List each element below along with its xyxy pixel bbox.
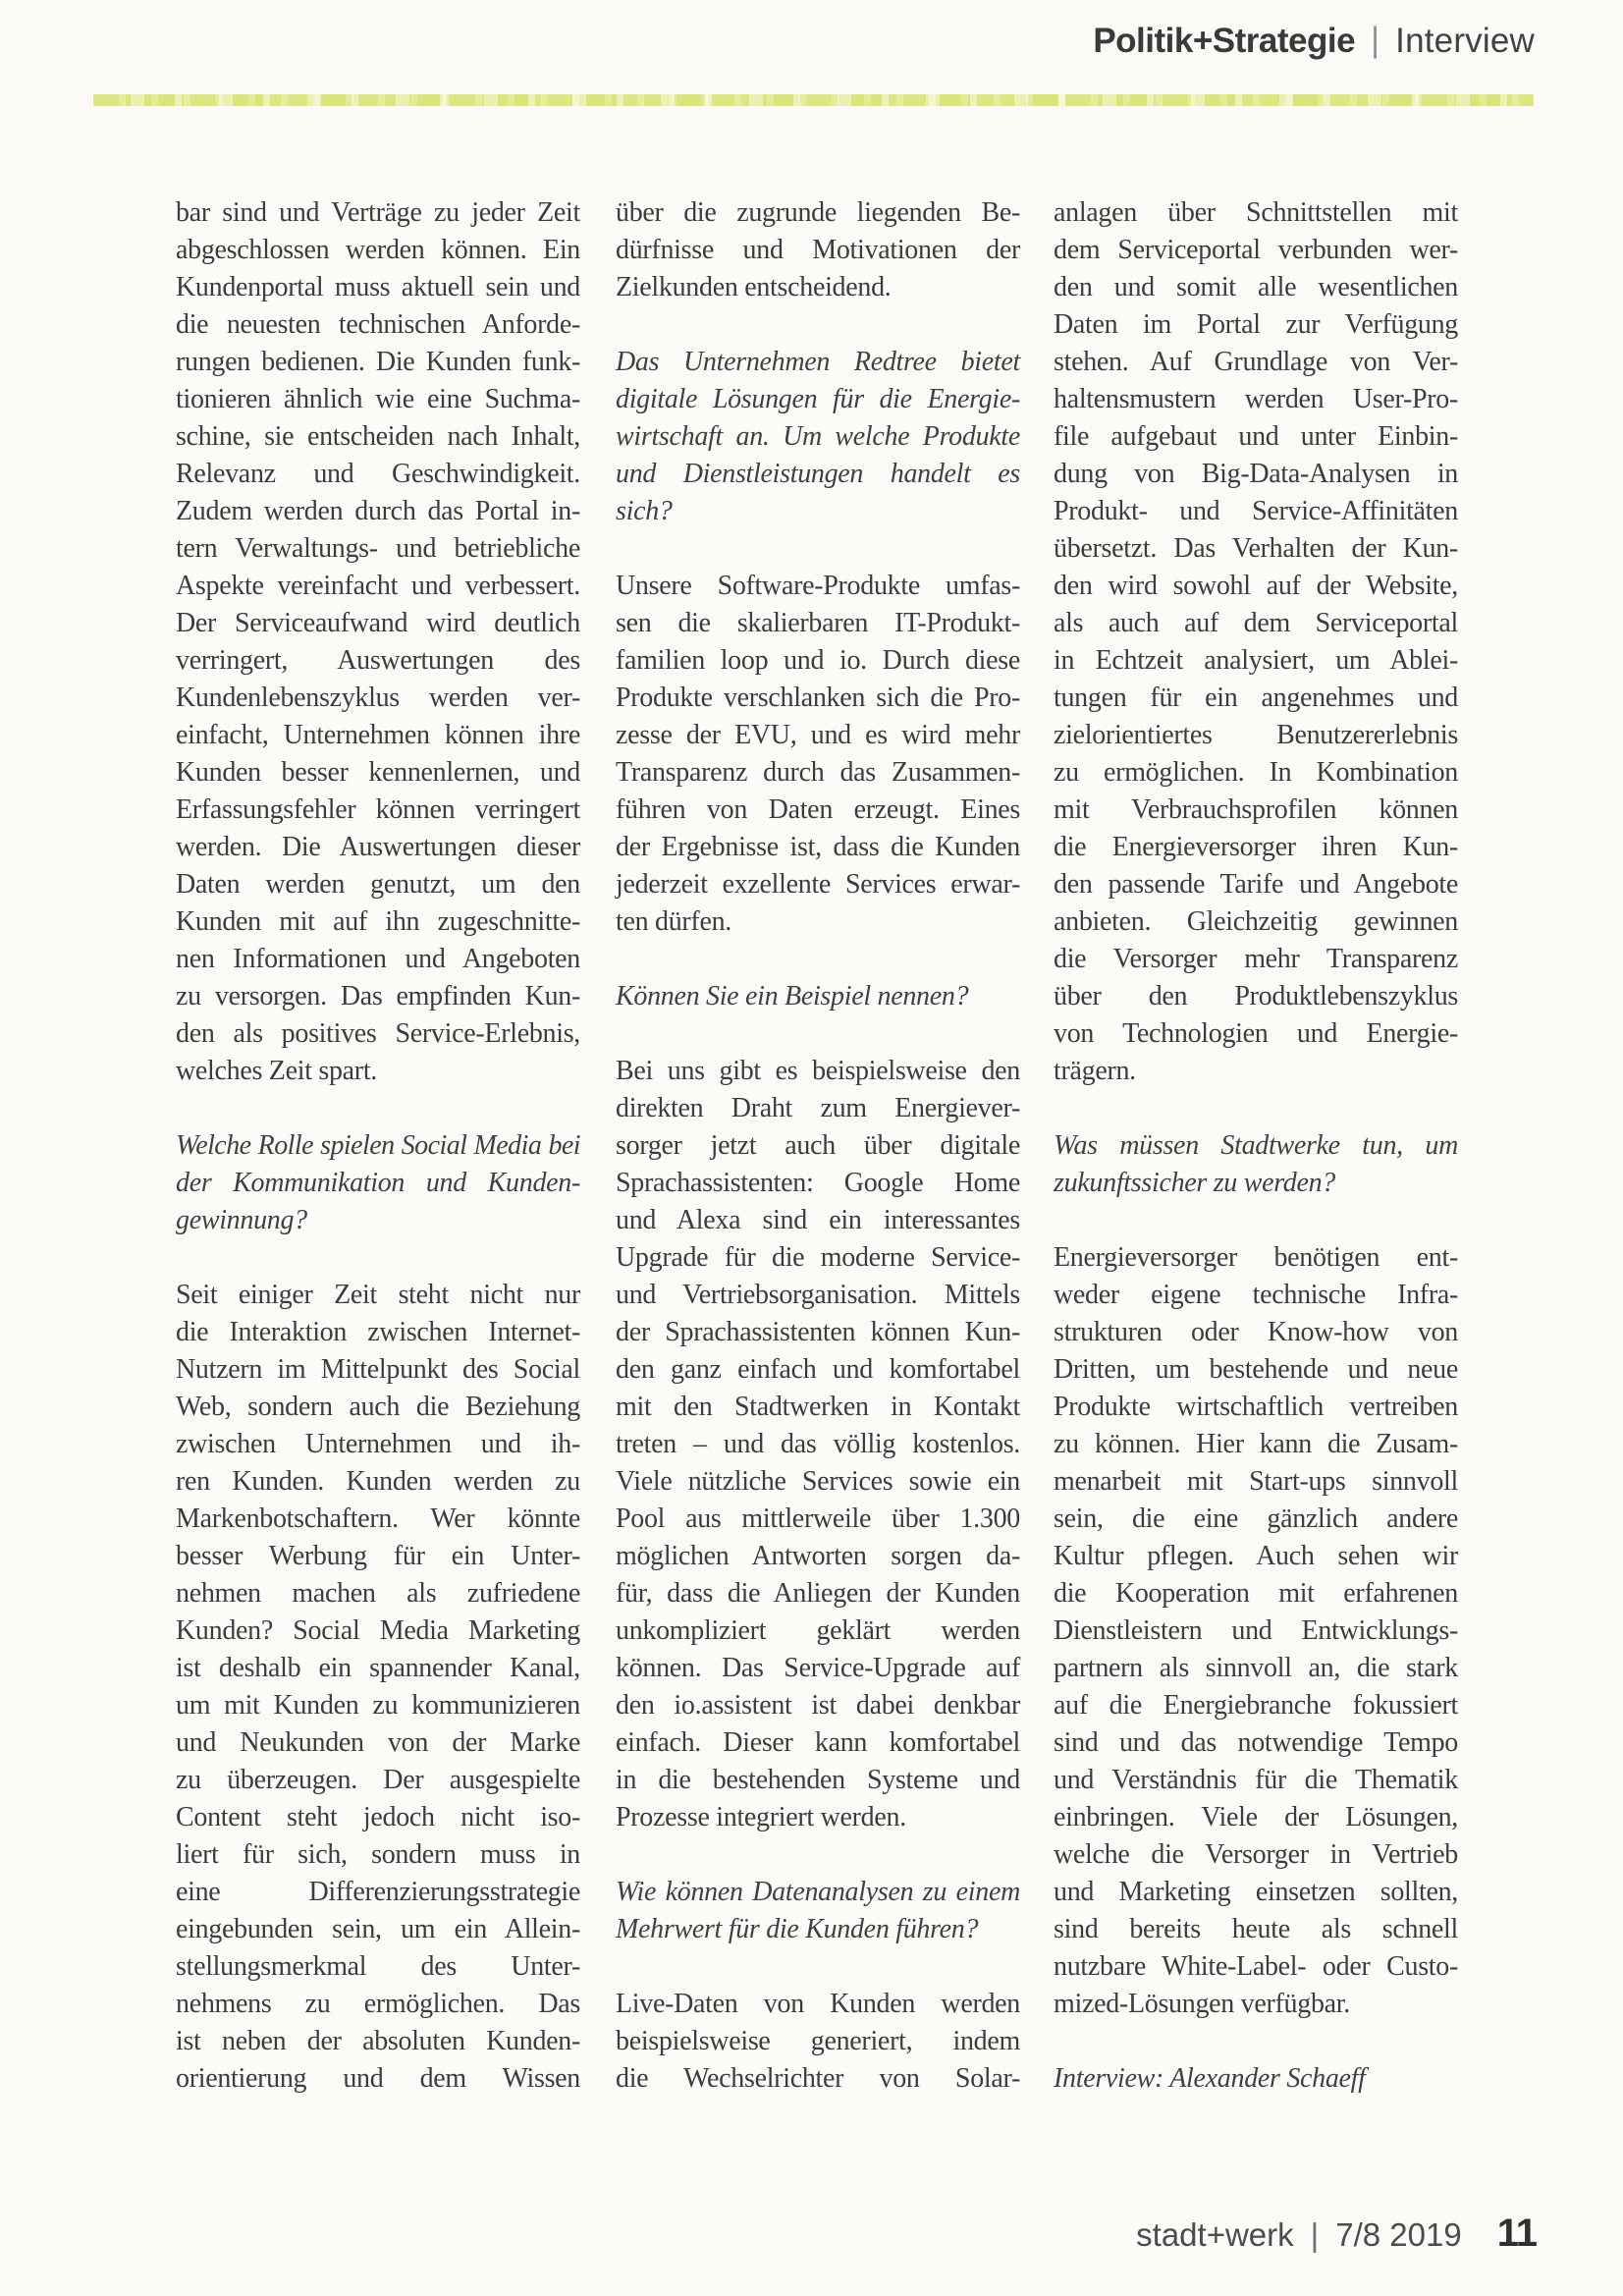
text-column-left: bar sind und Verträge zu jeder Zeitabges… <box>176 194 580 2135</box>
text-line: wirtschaft an. Um welche Produkte <box>616 418 1020 456</box>
text-line: Bei uns gibt es beispielsweise den <box>616 1053 1020 1090</box>
text-line: sorger jetzt auch über digitale <box>616 1127 1020 1165</box>
paragraph: Energieversorger benötigen ent-weder eig… <box>1054 1239 1458 2023</box>
text-line: den ganz einfach und komfortabel <box>616 1351 1020 1389</box>
text-line: stellungsmerkmal des Unter- <box>176 1948 580 1986</box>
text-line: werden. Die Auswertungen dieser <box>176 829 580 866</box>
text-line: sind und das notwendige Tempo <box>1054 1724 1458 1762</box>
text-line: tungen für ein angenehmes und <box>1054 680 1458 717</box>
text-line: mized-Lösungen verfügbar. <box>1054 1986 1458 2023</box>
text-line: den wird sowohl auf der Website, <box>1054 568 1458 605</box>
text-line: schine, sie entscheiden nach Inhalt, <box>176 418 580 456</box>
text-line: jederzeit exzellente Services erwar- <box>616 866 1020 903</box>
text-line: Erfassungsfehler können verringert <box>176 792 580 829</box>
text-line: und Dienstleistungen handelt es <box>616 456 1020 493</box>
interview-question: Was müssen Stadtwerke tun, umzukunftssic… <box>1054 1127 1458 1202</box>
page-header: Politik+Strategie|Interview <box>1093 22 1535 61</box>
text-line: Pool aus mittlerweile über 1.300 <box>616 1501 1020 1538</box>
text-line: treten – und das völlig kostenlos. <box>616 1426 1020 1463</box>
text-line: und Neukunden von der Marke <box>176 1724 580 1762</box>
text-line: eine Differenzierungsstrategie <box>176 1874 580 1911</box>
text-line: führen von Daten erzeugt. Eines <box>616 792 1020 829</box>
interview-question: Welche Rolle spielen Social Media beider… <box>176 1127 580 1239</box>
text-line: strukturen oder Know-how von <box>1054 1314 1458 1351</box>
text-line: trägern. <box>1054 1053 1458 1090</box>
paragraph: Seit einiger Zeit steht nicht nurdie Int… <box>176 1277 580 2098</box>
text-line: gewinnung? <box>176 1202 580 1239</box>
text-line: Viele nützliche Services sowie ein <box>616 1463 1020 1501</box>
text-line: Kunden mit auf ihn zugeschnitte- <box>176 903 580 941</box>
text-line: liert für sich, sondern muss in <box>176 1836 580 1874</box>
text-line: der Kommunikation und Kunden- <box>176 1165 580 1202</box>
text-line: dung von Big-Data-Analysen in <box>1054 456 1458 493</box>
text-line: Können Sie ein Beispiel nennen? <box>616 978 1020 1015</box>
text-line: ist neben der absoluten Kunden- <box>176 2023 580 2060</box>
page-footer: stadt+werk | 7/8 2019 11 <box>1136 2212 1537 2256</box>
text-line: die Wechselrichter von Solar- <box>616 2060 1020 2098</box>
text-line: nehmen machen als zufriedene <box>176 1575 580 1613</box>
text-line: den als positives Service-Erlebnis, <box>176 1015 580 1053</box>
text-line: weder eigene technische Infra- <box>1054 1277 1458 1314</box>
text-line: die Kooperation mit erfahrenen <box>1054 1575 1458 1613</box>
text-line: Kunden? Social Media Marketing <box>176 1613 580 1650</box>
text-line: Daten werden genutzt, um den <box>176 866 580 903</box>
text-line: zesse der EVU, und es wird mehr <box>616 717 1020 754</box>
text-line: zielorientiertes Benutzererlebnis <box>1054 717 1458 754</box>
text-line: zu überzeugen. Der ausgespielte <box>176 1762 580 1799</box>
text-line: Upgrade für die moderne Service- <box>616 1239 1020 1277</box>
text-line: haltensmustern werden User-Pro- <box>1054 381 1458 418</box>
text-line: zu ermöglichen. In Kombination <box>1054 754 1458 792</box>
text-line: Kunden besser kennenlernen, und <box>176 754 580 792</box>
text-line: die neuesten technischen Anforde- <box>176 306 580 344</box>
text-line: stehen. Auf Grundlage von Ver- <box>1054 344 1458 381</box>
text-line: die Energieversorger ihren Kun- <box>1054 829 1458 866</box>
text-line: partnern als sinnvoll an, die stark <box>1054 1650 1458 1687</box>
text-line: über die zugrunde liegenden Be- <box>616 194 1020 232</box>
text-line: unkompliziert geklärt werden <box>616 1613 1020 1650</box>
text-line: den und somit alle wesentlichen <box>1054 269 1458 306</box>
paragraph: Bei uns gibt es beispielsweise dendirekt… <box>616 1053 1020 1836</box>
text-line: und Alexa sind ein interessantes <box>616 1202 1020 1239</box>
text-line: Dienstleistern und Entwicklungs- <box>1054 1613 1458 1650</box>
text-line: nen Informationen und Angeboten <box>176 941 580 978</box>
text-line: familien loop und io. Durch diese <box>616 642 1020 680</box>
text-line: Zielkunden entscheidend. <box>616 269 1020 306</box>
text-line: Aspekte vereinfacht und verbessert. <box>176 568 580 605</box>
text-line: digitale Lösungen für die Energie- <box>616 381 1020 418</box>
text-column-middle: über die zugrunde liegenden Be-dürfnisse… <box>616 194 1020 2135</box>
dotted-divider-rule <box>93 94 1534 106</box>
text-line: einbringen. Viele der Lösungen, <box>1054 1799 1458 1836</box>
text-line: Unsere Software-Produkte umfas- <box>616 568 1020 605</box>
text-line: Relevanz und Geschwindigkeit. <box>176 456 580 493</box>
text-line: verringert, Auswertungen des <box>176 642 580 680</box>
text-line: der Sprachassistenten können Kun- <box>616 1314 1020 1351</box>
text-line: und Marketing einsetzen sollten, <box>1054 1874 1458 1911</box>
text-line: dem Serviceportal verbunden wer- <box>1054 232 1458 269</box>
text-line: Das Unternehmen Redtree bietet <box>616 344 1020 381</box>
text-line: sind bereits heute als schnell <box>1054 1911 1458 1948</box>
text-line: beispielsweise generiert, indem <box>616 2023 1020 2060</box>
text-line: ten dürfen. <box>616 903 1020 941</box>
text-line: Wie können Datenanalysen zu einem <box>616 1874 1020 1911</box>
text-line: eingebunden sein, um ein Allein- <box>176 1911 580 1948</box>
text-line: Der Serviceaufwand wird deutlich <box>176 605 580 642</box>
text-line: mit Verbrauchsprofilen können <box>1054 792 1458 829</box>
text-line: anbieten. Gleichzeitig gewinnen <box>1054 903 1458 941</box>
paragraph: Live-Daten von Kunden werdenbeispielswei… <box>616 1986 1020 2098</box>
text-line: besser Werbung für ein Unter- <box>176 1538 580 1575</box>
text-line: welches Zeit spart. <box>176 1053 580 1090</box>
text-line: auf die Energiebranche fokussiert <box>1054 1687 1458 1724</box>
interview-question: Wie können Datenanalysen zu einemMehrwer… <box>616 1874 1020 1948</box>
text-line: tionieren ähnlich wie eine Suchma- <box>176 381 580 418</box>
text-line: Daten im Portal zur Verfügung <box>1054 306 1458 344</box>
text-line: abgeschlossen werden können. Ein <box>176 232 580 269</box>
text-line: um mit Kunden zu kommunizieren <box>176 1687 580 1724</box>
text-line: und Verständnis für die Thematik <box>1054 1762 1458 1799</box>
text-line: als auch auf dem Serviceportal <box>1054 605 1458 642</box>
text-line: rungen bedienen. Die Kunden funk- <box>176 344 580 381</box>
interview-question: Das Unternehmen Redtree bietetdigitale L… <box>616 344 1020 530</box>
text-line: Zudem werden durch das Portal in- <box>176 493 580 530</box>
text-line: der Ergebnisse ist, dass die Kunden <box>616 829 1020 866</box>
text-line: Dritten, um bestehende und neue <box>1054 1351 1458 1389</box>
text-line: nehmens zu ermöglichen. Das <box>176 1986 580 2023</box>
text-line: direkten Draht zum Energiever- <box>616 1090 1020 1127</box>
text-line: Transparenz durch das Zusammen- <box>616 754 1020 792</box>
text-line: bar sind und Verträge zu jeder Zeit <box>176 194 580 232</box>
text-line: zu können. Hier kann die Zusam- <box>1054 1426 1458 1463</box>
text-line: Web, sondern auch die Beziehung <box>176 1389 580 1426</box>
footer-magazine-name: stadt+werk <box>1136 2216 1294 2254</box>
paragraph: bar sind und Verträge zu jeder Zeitabges… <box>176 194 580 1090</box>
text-line: mit den Stadtwerken in Kontakt <box>616 1389 1020 1426</box>
text-line: Welche Rolle spielen Social Media bei <box>176 1127 580 1165</box>
interview-question: Können Sie ein Beispiel nennen? <box>616 978 1020 1015</box>
text-line: menarbeit mit Start-ups sinnvoll <box>1054 1463 1458 1501</box>
text-line: können. Das Service-Upgrade auf <box>616 1650 1020 1687</box>
text-line: Kundenlebenszyklus werden ver- <box>176 680 580 717</box>
text-line: Markenbotschaftern. Wer könnte <box>176 1501 580 1538</box>
text-line: Seit einiger Zeit steht nicht nur <box>176 1277 580 1314</box>
text-line: Produkte wirtschaftlich vertreiben <box>1054 1389 1458 1426</box>
text-line: dürfnisse und Motivationen der <box>616 232 1020 269</box>
interviewer-byline: Interview: Alexander Schaeff <box>1054 2060 1458 2098</box>
text-line: über den Produktlebenszyklus <box>1054 978 1458 1015</box>
footer-page-number: 11 <box>1497 2212 1537 2256</box>
text-line: die Versorger mehr Transparenz <box>1054 941 1458 978</box>
text-line: welche die Versorger in Vertrieb <box>1054 1836 1458 1874</box>
text-line: Mehrwert für die Kunden führen? <box>616 1911 1020 1948</box>
text-line: zu versorgen. Das empfinden Kun- <box>176 978 580 1015</box>
text-line: ren Kunden. Kunden werden zu <box>176 1463 580 1501</box>
text-line: Produkte verschlanken sich die Pro- <box>616 680 1020 717</box>
text-line: file aufgebaut und unter Einbin- <box>1054 418 1458 456</box>
text-line: tern Verwaltungs- und betriebliche <box>176 530 580 568</box>
text-line: nutzbare White-Label- oder Custo- <box>1054 1948 1458 1986</box>
footer-issue: 7/8 2019 <box>1335 2216 1461 2254</box>
section-title: Politik+Strategie <box>1093 22 1355 60</box>
text-line: und Vertriebsorganisation. Mittels <box>616 1277 1020 1314</box>
text-line: anlagen über Schnittstellen mit <box>1054 194 1458 232</box>
text-line: für, dass die Anliegen der Kunden <box>616 1575 1020 1613</box>
text-line: Was müssen Stadtwerke tun, um <box>1054 1127 1458 1165</box>
text-line: zwischen Unternehmen und ih- <box>176 1426 580 1463</box>
text-line: Interview: Alexander Schaeff <box>1054 2060 1458 2098</box>
text-line: einfacht, Unternehmen können ihre <box>176 717 580 754</box>
text-line: sich? <box>616 493 1020 530</box>
text-line: übersetzt. Das Verhalten der Kun- <box>1054 530 1458 568</box>
paragraph: Unsere Software-Produkte umfas-sen die s… <box>616 568 1020 941</box>
magazine-page: Politik+Strategie|Interview bar sind und… <box>0 0 1623 2296</box>
text-line: ist deshalb ein spannender Kanal, <box>176 1650 580 1687</box>
text-line: möglichen Antworten sorgen da- <box>616 1538 1020 1575</box>
text-line: Nutzern im Mittelpunkt des Social <box>176 1351 580 1389</box>
text-line: sen die skalierbaren IT-Produkt- <box>616 605 1020 642</box>
text-line: in die bestehenden Systeme und <box>616 1762 1020 1799</box>
text-line: Sprachassistenten: Google Home <box>616 1165 1020 1202</box>
text-line: von Technologien und Energie- <box>1054 1015 1458 1053</box>
text-line: den io.assistent ist dabei denkbar <box>616 1687 1020 1724</box>
section-category: Interview <box>1395 22 1535 60</box>
text-line: sein, die eine gänzlich andere <box>1054 1501 1458 1538</box>
text-line: Live-Daten von Kunden werden <box>616 1986 1020 2023</box>
text-line: Prozesse integriert werden. <box>616 1799 1020 1836</box>
text-line: in Echtzeit analysiert, um Ablei- <box>1054 642 1458 680</box>
text-line: Content steht jedoch nicht iso- <box>176 1799 580 1836</box>
text-line: Energieversorger benötigen ent- <box>1054 1239 1458 1277</box>
text-line: Produkt- und Service-Affinitäten <box>1054 493 1458 530</box>
footer-separator: | <box>1311 2216 1320 2254</box>
text-column-right: anlagen über Schnittstellen mitdem Servi… <box>1054 194 1458 2135</box>
text-line: einfach. Dieser kann komfortabel <box>616 1724 1020 1762</box>
paragraph: anlagen über Schnittstellen mitdem Servi… <box>1054 194 1458 1090</box>
text-line: Kundenportal muss aktuell sein und <box>176 269 580 306</box>
text-line: die Interaktion zwischen Internet- <box>176 1314 580 1351</box>
text-line: orientierung und dem Wissen <box>176 2060 580 2098</box>
text-line: Kultur pflegen. Auch sehen wir <box>1054 1538 1458 1575</box>
text-line: zukunftssicher zu werden? <box>1054 1165 1458 1202</box>
paragraph: über die zugrunde liegenden Be-dürfnisse… <box>616 194 1020 306</box>
text-line: den passende Tarife und Angebote <box>1054 866 1458 903</box>
header-separator: | <box>1371 21 1380 59</box>
